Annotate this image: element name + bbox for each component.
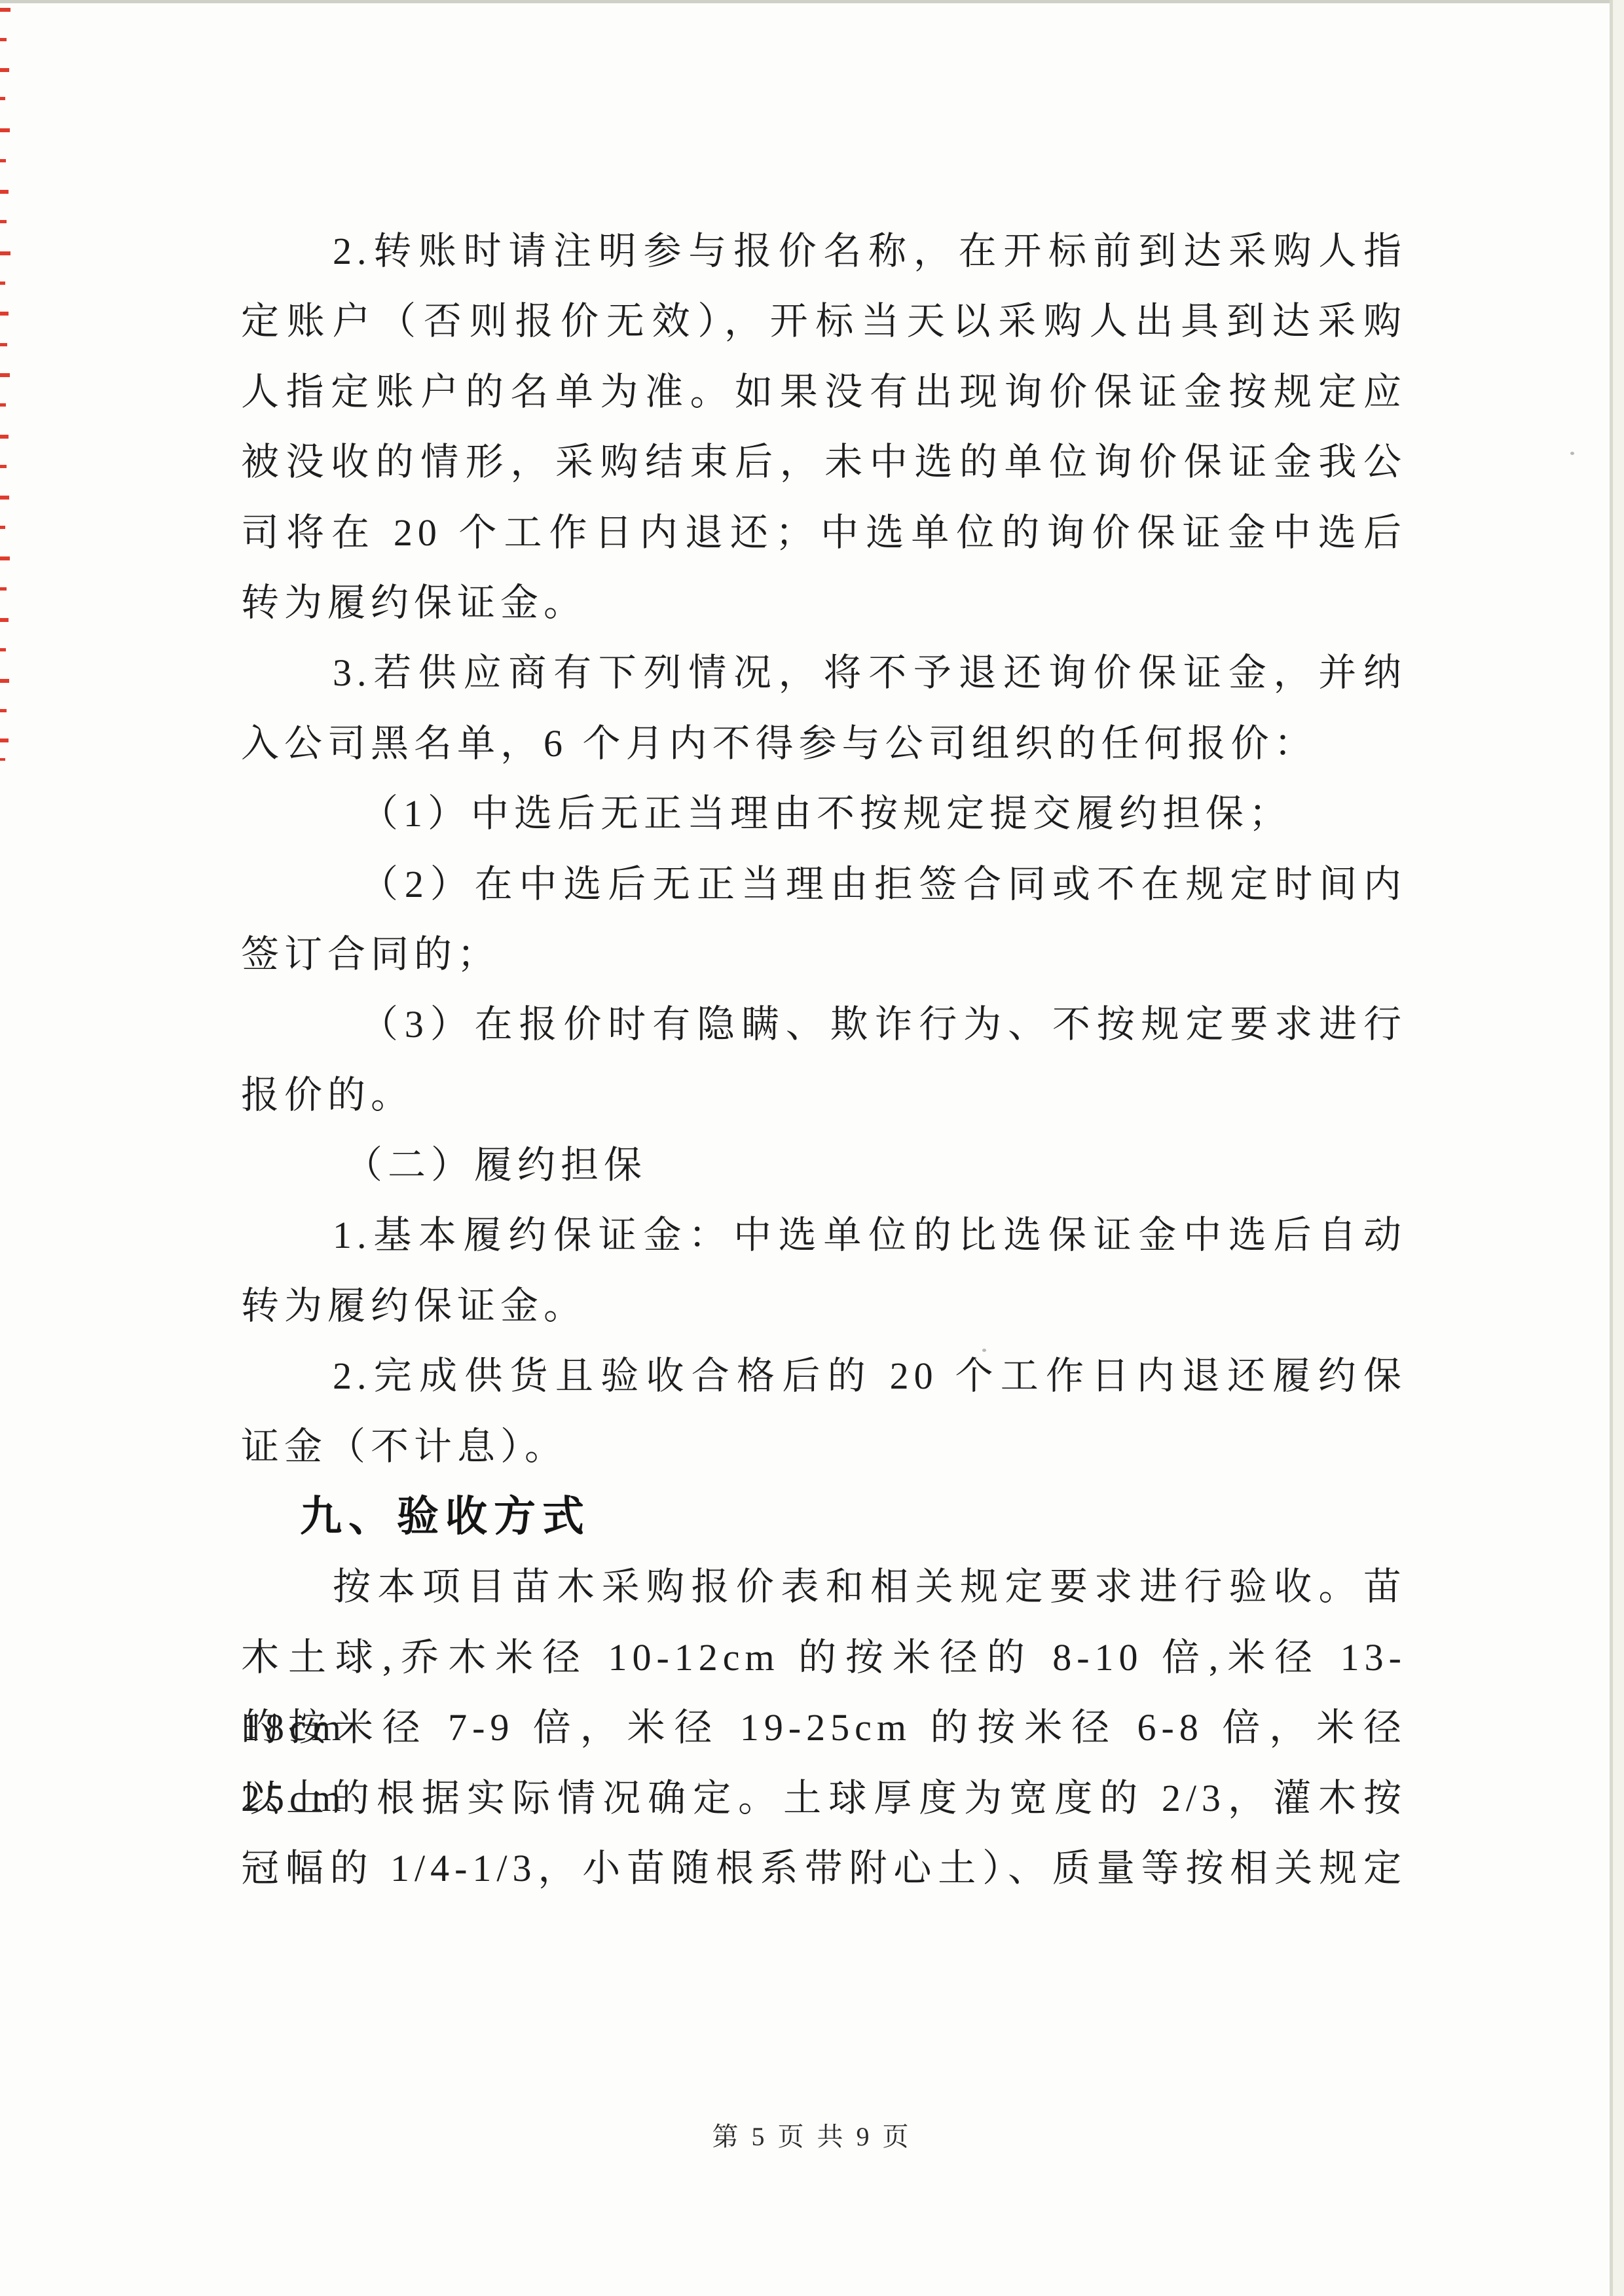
red-edge-mark	[0, 373, 10, 377]
red-edge-mark	[0, 343, 7, 346]
red-edge-mark	[0, 220, 7, 223]
red-edge-mark	[0, 251, 10, 255]
text-line: 以上的根据实际情况确定。土球厚度为宽度的 2/3，灌木按	[241, 1763, 1407, 1833]
red-edge-mark	[0, 97, 5, 100]
red-edge-mark	[0, 496, 9, 500]
text-line: （2）在中选后无正当理由拒签合同或不在规定时间内	[241, 849, 1407, 919]
red-edge-mark	[0, 68, 9, 72]
text-line: 2.完成供货且验收合格后的 20 个工作日内退还履约保	[241, 1341, 1407, 1411]
red-edge-mark	[0, 758, 5, 761]
red-edge-mark	[0, 738, 9, 742]
red-edge-mark	[0, 8, 10, 12]
red-edge-mark	[0, 465, 7, 468]
red-edge-mark	[0, 403, 6, 407]
scan-speck	[1570, 452, 1574, 455]
text-line: 的按米径 7-9 倍，米径 19-25cm 的按米径 6-8 倍，米径 25cm	[241, 1692, 1407, 1762]
red-edge-mark	[0, 679, 9, 683]
document-body-text: 2.转账时请注明参与报价名称，在开标前到达采购人指定账户（否则报价无效），开标当…	[241, 216, 1407, 1903]
page-footer: 第 5 页 共 9 页	[0, 2116, 1624, 2153]
text-line: 木土球,乔木米径 10-12cm 的按米径的 8-10 倍,米径 13-18cm	[241, 1622, 1407, 1692]
text-line: 转为履约保证金。	[241, 568, 1407, 638]
text-line: 冠幅的 1/4-1/3，小苗随根系带附心土）、质量等按相关规定	[241, 1833, 1407, 1903]
text-line: 定账户（否则报价无效），开标当天以采购人出具到达采购	[241, 286, 1407, 356]
text-line: （二）履约担保	[241, 1130, 1407, 1200]
text-line: 3.若供应商有下列情况，将不予退还询价保证金，并纳	[241, 638, 1407, 708]
text-line: 按本项目苗木采购报价表和相关规定要求进行验收。苗	[241, 1552, 1407, 1622]
text-line: 1.基本履约保证金：中选单位的比选保证金中选后自动	[241, 1200, 1407, 1270]
red-edge-mark	[0, 312, 9, 316]
top-scan-edge-artifact	[0, 0, 1624, 3]
red-edge-mark	[0, 38, 7, 41]
text-line: 转为履约保证金。	[241, 1271, 1407, 1341]
text-line: 入公司黑名单，6 个月内不得参与公司组织的任何报价：	[241, 708, 1407, 778]
text-line: 人指定账户的名单为准。如果没有出现询价保证金按规定应	[241, 357, 1407, 427]
text-line: 证金（不计息）。	[241, 1412, 1407, 1482]
text-line: 报价的。	[241, 1060, 1407, 1130]
red-edge-mark	[0, 618, 9, 622]
text-line: （1）中选后无正当理由不按规定提交履约担保；	[241, 778, 1407, 848]
text-line: 被没收的情形，采购结束后，未中选的单位询价保证金我公	[241, 427, 1407, 497]
red-edge-mark	[0, 159, 6, 162]
text-line: 签订合同的；	[241, 919, 1407, 989]
red-edge-mark	[0, 709, 7, 712]
section-heading: 九、验收方式	[241, 1482, 1407, 1552]
red-edge-mark	[0, 128, 10, 132]
red-edge-mark	[0, 587, 7, 591]
red-edge-mark	[0, 435, 9, 439]
red-edge-mark	[0, 190, 9, 194]
red-edge-mark	[0, 648, 6, 651]
document-page: 2.转账时请注明参与报价名称，在开标前到达采购人指定账户（否则报价无效），开标当…	[0, 0, 1624, 2296]
right-edge-shading	[1613, 0, 1624, 2296]
text-line: 司将在 20 个工作日内退还；中选单位的询价保证金中选后	[241, 498, 1407, 568]
text-line: 2.转账时请注明参与报价名称，在开标前到达采购人指	[241, 216, 1407, 286]
red-edge-mark	[0, 282, 5, 285]
red-edge-mark	[0, 526, 5, 529]
red-edge-mark	[0, 556, 10, 560]
text-line: （3）在报价时有隐瞒、欺诈行为、不按规定要求进行	[241, 989, 1407, 1059]
